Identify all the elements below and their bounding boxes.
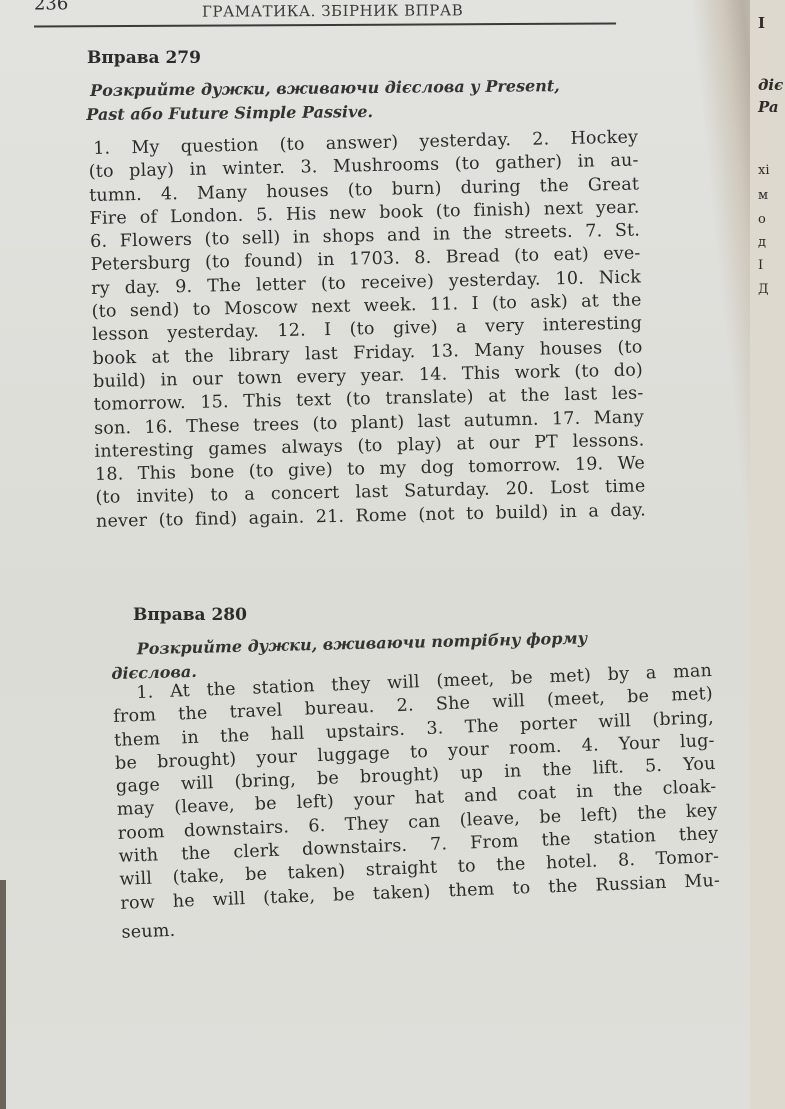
right-page-letter: м: [758, 188, 768, 203]
exercise-280-body: 1. At the station they will (meet, be me…: [112, 660, 722, 945]
right-book-page-fragment: I діє Pa хі м о д І Д: [750, 0, 785, 1109]
page-edge-shadow: [0, 880, 6, 1109]
right-page-letter: д: [758, 235, 766, 250]
exercise-279-instruction: Розкрийте дужки, вживаючи дієслова у Pre…: [88, 73, 633, 127]
page-number: 236: [34, 0, 68, 15]
right-page-italic-fragment: діє: [758, 76, 783, 94]
right-page-letter: Д: [758, 282, 769, 297]
exercise-279-body: 1. My question (to answer) yesterday. 2.…: [88, 126, 646, 533]
exercise-279-title: Вправа 279: [87, 48, 201, 68]
right-page-top-letter: I: [758, 14, 765, 32]
exercise-title: Вправа 279: [87, 48, 201, 68]
right-page-letter: о: [758, 212, 766, 227]
page-header: 236 ГРАМАТИКА. ЗБІРНИК ВПРАВ: [34, 0, 616, 28]
right-page-italic-fragment: Pa: [758, 98, 779, 116]
right-page-letter: хі: [758, 163, 770, 178]
right-page-letter: І: [758, 258, 763, 273]
running-title: ГРАМАТИКА. ЗБІРНИК ВПРАВ: [202, 1, 463, 20]
